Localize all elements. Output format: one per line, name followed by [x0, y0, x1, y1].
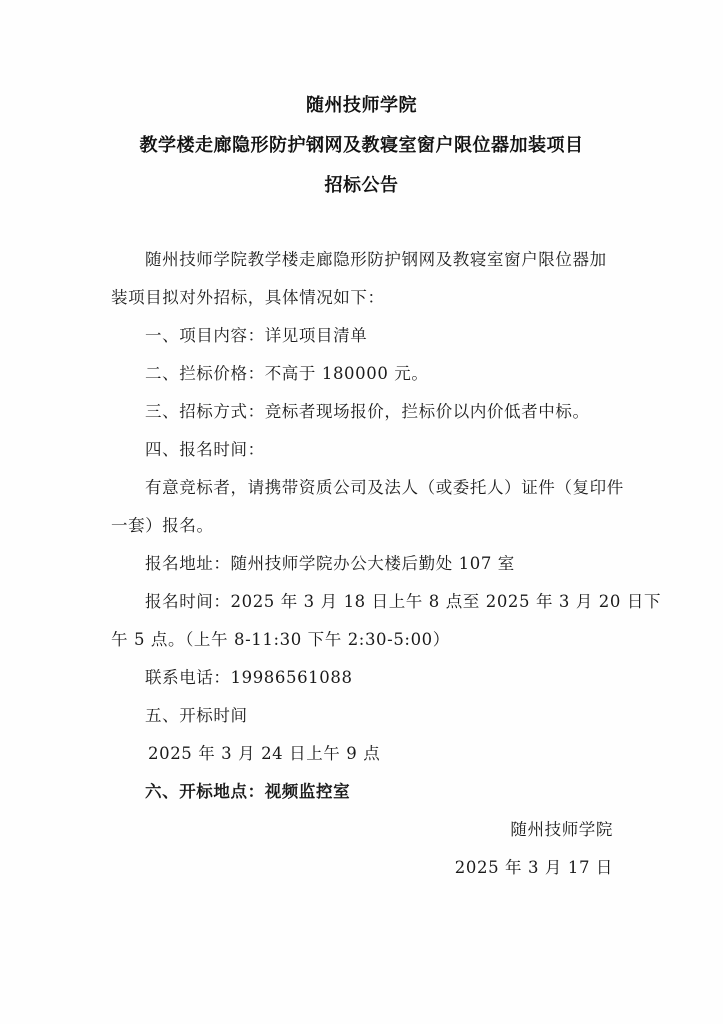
- registration-time-line1: 报名时间：2025 年 3 月 18 日上午 8 点至 2025 年 3 月 2…: [145, 588, 661, 612]
- org-title: 随州技师学院: [0, 91, 723, 117]
- section-opening-time: 五、开标时间: [145, 702, 248, 726]
- registration-address: 报名地址：随州技师学院办公大楼后勤处 107 室: [145, 550, 515, 574]
- section-opening-location: 六、开标地点：视频监控室: [145, 778, 350, 802]
- doc-type-title: 招标公告: [0, 171, 723, 197]
- section-bidding-method: 三、招标方式：竞标者现场报价，拦标价以内价低者中标。: [145, 398, 590, 422]
- intro-paragraph-line2: 装项目拟对外招标，具体情况如下：: [111, 284, 385, 308]
- section-project-content: 一、项目内容：详见项目清单: [145, 322, 367, 346]
- section-registration-time: 四、报名时间：: [145, 436, 265, 460]
- signature-date: 2025 年 3 月 17 日: [455, 854, 613, 878]
- section-ceiling-price: 二、拦标价格：不高于 180000 元。: [145, 360, 428, 384]
- signature-org: 随州技师学院: [510, 816, 613, 840]
- registration-note-line2: 一套）报名。: [111, 512, 214, 536]
- opening-time-value: 2025 年 3 月 24 日上午 9 点: [148, 740, 380, 764]
- contact-phone: 联系电话：19986561088: [145, 664, 353, 688]
- document-page: 随州技师学院 教学楼走廊隐形防护钢网及教寝室窗户限位器加装项目 招标公告 随州技…: [0, 0, 723, 1024]
- project-title: 教学楼走廊隐形防护钢网及教寝室窗户限位器加装项目: [0, 131, 723, 157]
- intro-paragraph-line1: 随州技师学院教学楼走廊隐形防护钢网及教寝室窗户限位器加: [145, 246, 607, 270]
- registration-time-line2: 午 5 点。（上午 8-11:30 下午 2:30-5:00）: [111, 626, 450, 650]
- registration-note-line1: 有意竞标者，请携带资质公司及法人（或委托人）证件（复印件: [145, 474, 624, 498]
